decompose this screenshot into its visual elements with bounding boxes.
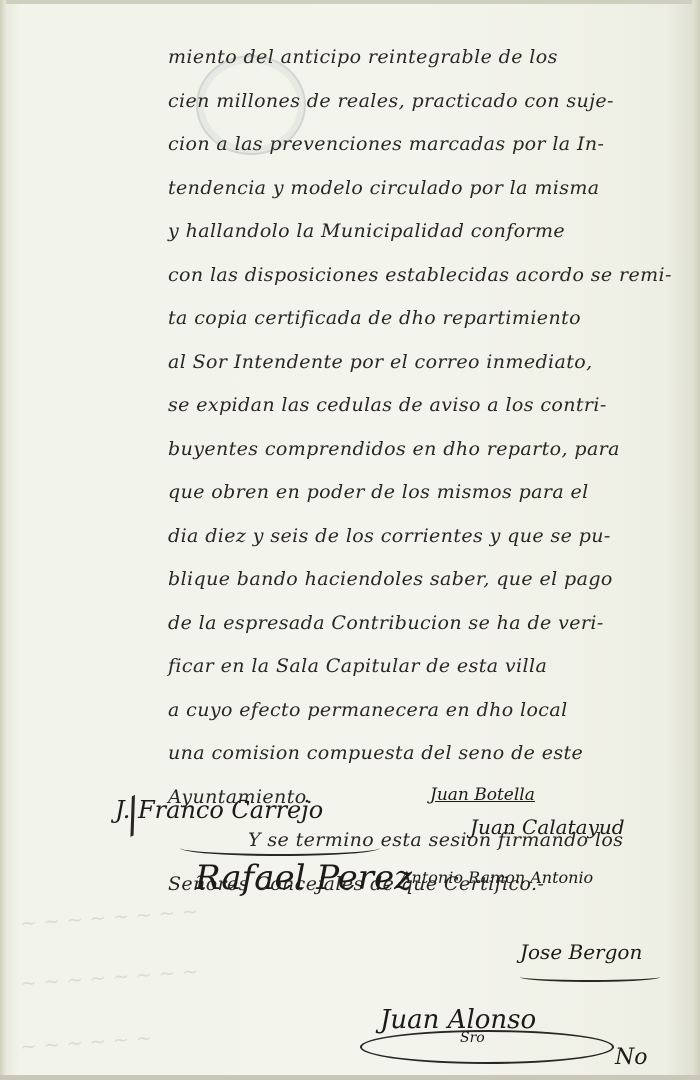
signature-flourish-icon <box>180 840 380 856</box>
text-line: ficar en la Sala Capitular de esta villa <box>168 645 688 689</box>
text-line: miento del anticipo reintegrable de los <box>168 36 688 80</box>
text-line: blique bando haciendoles saber, que el p… <box>168 558 688 602</box>
signature: Juan Calatayud <box>470 815 625 839</box>
signature: Jose Bergon <box>520 940 642 964</box>
bleed-through-text: ~ ~ ~ ~ ~ ~ <box>19 1025 153 1058</box>
page-edge-bottom <box>0 1075 700 1080</box>
signature: Antonio Ramon Antonio <box>400 868 593 887</box>
text-line: dia diez y seis de los corrientes y que … <box>168 515 688 559</box>
body-text: miento del anticipo reintegrable de los … <box>168 36 688 906</box>
manuscript-page: ~ ~ ~ ~ ~ ~ ~ ~ ~ ~ ~ ~ ~ ~ ~ ~ ~ ~ ~ ~ … <box>0 0 700 1080</box>
bleed-through-text: ~ ~ ~ ~ ~ ~ ~ ~ <box>19 959 199 995</box>
page-edge-left <box>0 0 6 1080</box>
page-edge-right <box>692 0 700 1080</box>
text-line: con las disposiciones establecidas acord… <box>168 254 688 298</box>
page-marker: No <box>615 1045 648 1070</box>
text-line: buyentes comprendidos en dho reparto, pa… <box>168 428 688 472</box>
text-line: a cuyo efecto permanecera en dho local <box>168 689 688 733</box>
secretary-title: Sro <box>460 1030 485 1046</box>
page-edge-top <box>0 0 700 4</box>
signature: Juan Botella <box>430 785 535 805</box>
text-line: cion a las prevenciones marcadas por la … <box>168 123 688 167</box>
signature: Rafael Perez <box>195 858 412 898</box>
signature-flourish-icon <box>360 1030 614 1064</box>
text-line: tendencia y modelo circulado por la mism… <box>168 167 688 211</box>
signature-flourish-icon <box>520 972 660 982</box>
text-line: cien millones de reales, practicado con … <box>168 80 688 124</box>
text-line: y hallandolo la Municipalidad conforme <box>168 210 688 254</box>
text-line: ta copia certificada de dho repartimient… <box>168 297 688 341</box>
signature: Juan Alonso <box>380 1005 536 1035</box>
text-line: se expidan las cedulas de aviso a los co… <box>168 384 688 428</box>
text-line: de la espresada Contribucion se ha de ve… <box>168 602 688 646</box>
text-line: que obren en poder de los mismos para el <box>168 471 688 515</box>
signature: J. Franco Carrejo <box>115 796 323 824</box>
text-line: al Sor Intendente por el correo inmediat… <box>168 341 688 385</box>
text-line: una comision compuesta del seno de este <box>168 732 688 776</box>
